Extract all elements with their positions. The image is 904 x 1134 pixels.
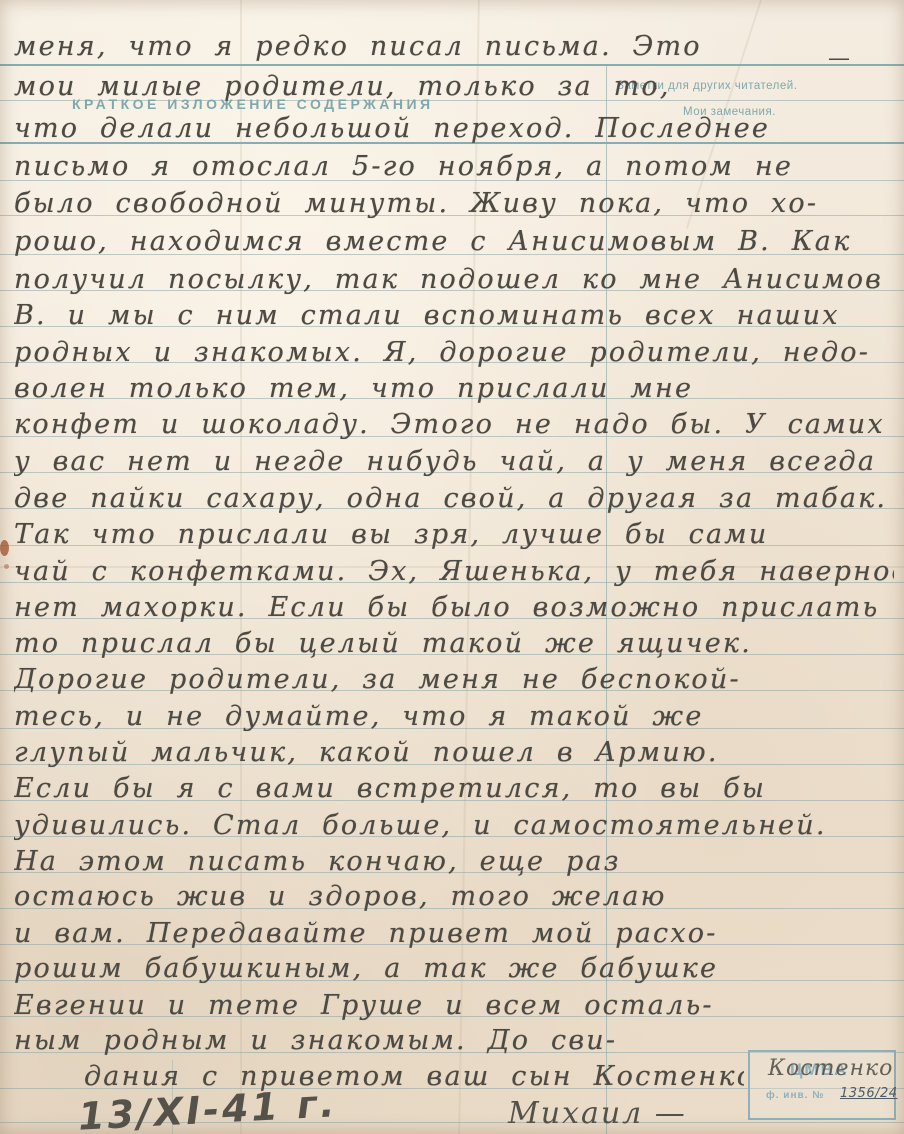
letter-line: ным родным и знакомым. До сви-	[14, 1024, 744, 1058]
letter-line: мои милые родители, только за то,	[14, 70, 894, 104]
letter-line: у вас нет и негде нибудь чай, а у меня в…	[14, 445, 894, 479]
letter-line: меня, что я редко писал письма. Это	[14, 30, 894, 64]
letter-line: Дорогие родители, за меня не беспокой-	[14, 663, 894, 697]
handwriting-over-stamp: Костенко	[768, 1056, 893, 1081]
letter-line: В. и мы с ним стали вспоминать всех наши…	[14, 299, 894, 333]
letter-line: было свободной минуты. Живу пока, что хо…	[14, 187, 894, 221]
letter-line: волен только тем, что прислали мне	[14, 372, 894, 406]
letter-line: На этом писать кончаю, еще раз	[14, 845, 894, 879]
letter-line: родных и знакомых. Я, дорогие родители, …	[14, 336, 894, 370]
letter-line: две пайки сахару, одна свой, а другая за…	[14, 482, 894, 516]
letter-line: тесь, и не думайте, что я такой же	[14, 700, 894, 734]
inventory-label: ф. инв. №	[766, 1090, 824, 1101]
letter-line: получил посылку, так подошел ко мне Анис…	[14, 263, 894, 297]
letter-line: удивились. Стал больше, и самостоятельне…	[14, 809, 894, 843]
letter-line: остаюсь жив и здоров, того желаю	[14, 880, 894, 914]
inventory-number: 1356/24	[840, 1086, 898, 1101]
letter-line: чай с конфетками. Эх, Яшенька, у тебя на…	[14, 555, 894, 589]
signature: Михаил —	[508, 1096, 687, 1131]
letter-line: нет махорки. Если бы было возможно присл…	[14, 591, 894, 625]
letter-line: глупый мальчик, какой пошел в Армию.	[14, 736, 894, 770]
letter-line: конфет и шоколаду. Этого не надо бы. У с…	[14, 408, 894, 442]
letter-line: Евгении и тете Груше и всем осталь-	[14, 989, 894, 1023]
letter-line: рошим бабушкиным, а так же бабушке	[14, 952, 894, 986]
letter-line: и вам. Передавайте привет мой расхо-	[14, 917, 894, 951]
letter-line: рошо, находимся вместе с Анисимовым В. К…	[14, 225, 894, 259]
archive-stamp: ЦМВА ф. инв. № 1356/24 Костенко	[748, 1050, 896, 1120]
letter-line: что делали небольшой переход. Последнее	[14, 112, 894, 146]
letter-body: меня, что я редко писал письма. Это мои …	[0, 0, 904, 1134]
letter-line: Так что прислали вы зря, лучше бы сами	[14, 518, 894, 552]
letter-line: то прислал бы целый такой же ящичек.	[14, 627, 894, 661]
letter-page: КРАТКОЕ ИЗЛОЖЕНИЕ СОДЕРЖАНИЯ Заметки для…	[0, 0, 904, 1134]
letter-line: письмо я отослал 5-го ноября, а потом не	[14, 150, 894, 184]
letter-line: Если бы я с вами встретился, то вы бы	[14, 772, 894, 806]
margin-mark: —	[828, 46, 850, 71]
